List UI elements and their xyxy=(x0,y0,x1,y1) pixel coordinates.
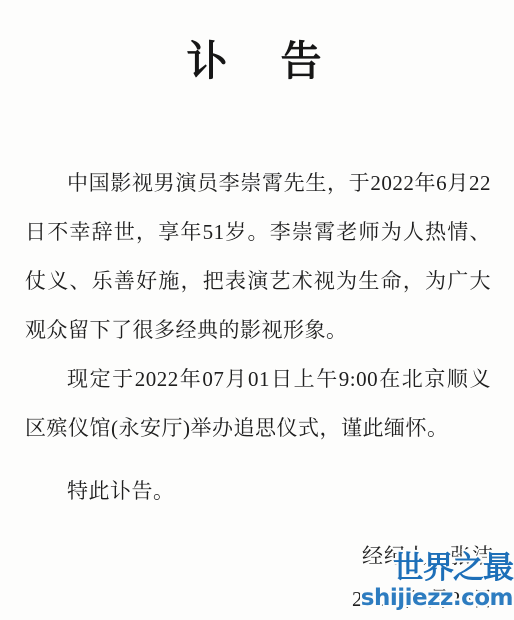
obituary-document: 讣 告 中国影视男演员李崇霄先生，于2022年6月22日不幸辞世，享年51岁。李… xyxy=(0,0,514,620)
watermark-brand: 世界之最 xyxy=(361,553,513,584)
page-title: 讣 告 xyxy=(0,28,514,87)
body-paragraph-2: 现定于2022年07月01日上午9:00在北京顺义区殡仪馆(永安厅)举办追思仪式… xyxy=(25,355,491,453)
closing-line: 特此讣告。 xyxy=(25,467,491,516)
watermark: 世界之最 shijiezz.com xyxy=(361,553,513,610)
body-paragraph-1: 中国影视男演员李崇霄先生，于2022年6月22日不幸辞世，享年51岁。李崇霄老师… xyxy=(25,159,491,355)
document-body: 中国影视男演员李崇霄先生，于2022年6月22日不幸辞世，享年51岁。李崇霄老师… xyxy=(25,159,491,516)
watermark-site-url: shijiezz.com xyxy=(361,587,513,610)
